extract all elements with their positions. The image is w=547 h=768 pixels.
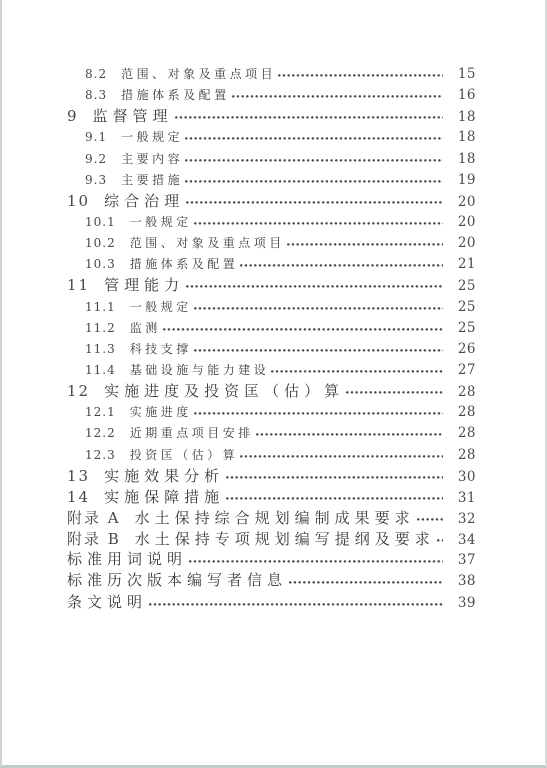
toc-entry-title: 实施保障措施 — [104, 488, 224, 509]
toc-entry-number: 9.1 — [85, 127, 107, 148]
toc-entry-number: 11.2 — [85, 318, 116, 339]
toc-entry-page-number: 27 — [450, 360, 476, 381]
toc-entry-title: 基础设施与能力建设 — [130, 360, 270, 381]
dot-leader — [226, 476, 443, 479]
toc-entry-page-number: 28 — [450, 423, 476, 444]
dot-leader — [186, 201, 443, 204]
toc-entry-number: 10 — [67, 191, 90, 212]
table-of-contents: 8.2 范围、对象及重点项目 15 8.3 措施体系及配置 16 9 监督管理 … — [67, 64, 476, 614]
toc-entry-title: 监督管理 — [93, 107, 173, 128]
toc-entry-number: 附录 B — [67, 529, 121, 550]
toc-entry-number: 10.2 — [85, 233, 116, 254]
dot-leader — [226, 497, 443, 500]
toc-entry-page-number: 30 — [450, 467, 476, 488]
toc-entry: 9.2 主要内容 18 — [67, 149, 476, 170]
dot-leader — [240, 264, 443, 267]
toc-entry-page-number: 20 — [450, 212, 476, 233]
toc-entry-number: 11.3 — [85, 339, 116, 360]
toc-entry-page-number: 18 — [450, 127, 476, 148]
toc-entry-page-number: 38 — [450, 571, 476, 592]
toc-entry-title: 近期重点项目安排 — [130, 423, 254, 444]
toc-entry-number: 12.2 — [85, 423, 116, 444]
toc-entry-number: 10.1 — [85, 212, 116, 233]
dot-leader — [271, 370, 443, 373]
toc-entry: 10 综合治理 20 — [67, 191, 476, 212]
toc-entry-page-number: 19 — [450, 170, 476, 191]
toc-entry-title: 条文说明 — [67, 593, 147, 614]
toc-entry-number: 9.3 — [85, 170, 107, 191]
toc-entry-title: 措施体系及配置 — [121, 85, 230, 106]
toc-entry-page-number: 34 — [450, 530, 476, 551]
toc-entry: 11.1 一般规定 25 — [67, 297, 476, 318]
toc-entry: 8.3 措施体系及配置 16 — [67, 85, 476, 106]
dot-leader — [194, 349, 443, 352]
toc-entry-page-number: 25 — [450, 297, 476, 318]
toc-entry: 标准用词说明 37 — [67, 550, 476, 571]
toc-entry-title: 范围、对象及重点项目 — [130, 233, 285, 254]
toc-entry-number: 12.1 — [85, 402, 116, 423]
toc-entry-title: 标准用词说明 — [67, 550, 187, 571]
toc-entry-number: 13 — [67, 466, 90, 487]
dot-leader — [240, 455, 443, 458]
toc-entry-page-number: 39 — [450, 593, 476, 614]
dot-leader — [417, 518, 443, 521]
toc-entry-page-number: 31 — [450, 488, 476, 509]
dot-leader — [185, 180, 443, 183]
dot-leader — [287, 243, 443, 246]
toc-entry-page-number: 25 — [450, 318, 476, 339]
toc-entry: 12.1 实施进度 28 — [67, 402, 476, 423]
toc-entry-title: 水土保持专项规划编写提纲及要求 — [135, 530, 435, 551]
toc-entry: 13 实施效果分析 30 — [67, 466, 476, 487]
toc-entry-title: 实施进度及投资匡（估）算 — [104, 382, 344, 403]
toc-entry: 12 实施进度及投资匡（估）算 28 — [67, 381, 476, 402]
toc-entry: 9.1 一般规定 18 — [67, 127, 476, 148]
toc-entry-number: 附录 A — [67, 508, 121, 529]
toc-entry: 附录 A 水土保持综合规划编制成果要求 32 — [67, 508, 476, 529]
toc-entry: 10.2 范围、对象及重点项目 20 — [67, 233, 476, 254]
toc-entry-number: 12 — [67, 381, 90, 402]
toc-entry-title: 实施进度 — [130, 402, 192, 423]
dot-leader — [256, 433, 443, 436]
toc-entry: 标准历次版本编写者信息 38 — [67, 571, 476, 592]
dot-leader — [437, 539, 443, 542]
toc-entry: 附录 B 水土保持专项规划编写提纲及要求 34 — [67, 529, 476, 550]
toc-entry-number: 8.2 — [85, 64, 107, 85]
toc-entry-page-number: 16 — [450, 85, 476, 106]
toc-entry-page-number: 20 — [450, 192, 476, 213]
toc-entry-title: 范围、对象及重点项目 — [121, 64, 276, 85]
toc-entry-title: 监测 — [130, 318, 161, 339]
toc-entry-number: 9 — [67, 106, 79, 127]
toc-entry: 11.3 科技支撑 26 — [67, 339, 476, 360]
toc-entry-page-number: 25 — [450, 276, 476, 297]
toc-entry-title: 水土保持综合规划编制成果要求 — [135, 509, 415, 530]
toc-entry-number: 11 — [67, 275, 90, 296]
toc-entry-page-number: 37 — [450, 550, 476, 571]
toc-entry-title: 一般规定 — [121, 127, 183, 148]
dot-leader — [186, 285, 443, 288]
toc-entry-number: 11.1 — [85, 297, 116, 318]
dot-leader — [163, 328, 443, 331]
toc-entry-title: 主要内容 — [121, 149, 183, 170]
toc-entry: 14 实施保障措施 31 — [67, 487, 476, 508]
toc-entry-number: 10.3 — [85, 254, 116, 275]
toc-entry-page-number: 26 — [450, 339, 476, 360]
toc-entry-title: 标准历次版本编写者信息 — [67, 571, 287, 592]
toc-entry-number: 12.3 — [85, 445, 116, 466]
toc-entry-title: 措施体系及配置 — [130, 254, 239, 275]
dot-leader — [189, 560, 443, 563]
toc-entry: 条文说明 39 — [67, 593, 476, 614]
dot-leader — [289, 581, 443, 584]
dot-leader — [278, 74, 443, 77]
toc-entry-page-number: 15 — [450, 64, 476, 85]
toc-entry-title: 一般规定 — [130, 297, 192, 318]
dot-leader — [194, 307, 443, 310]
toc-entry-number: 14 — [67, 487, 90, 508]
document-page: 8.2 范围、对象及重点项目 15 8.3 措施体系及配置 16 9 监督管理 … — [0, 0, 547, 768]
toc-entry-number: 9.2 — [85, 149, 107, 170]
toc-entry-page-number: 28 — [450, 402, 476, 423]
toc-entry-page-number: 28 — [450, 445, 476, 466]
toc-entry-title: 综合治理 — [104, 192, 184, 213]
toc-entry-page-number: 18 — [450, 149, 476, 170]
toc-entry-title: 实施效果分析 — [104, 467, 224, 488]
toc-entry: 12.2 近期重点项目安排 28 — [67, 423, 476, 444]
toc-entry: 11 管理能力 25 — [67, 275, 476, 296]
toc-entry: 9 监督管理 18 — [67, 106, 476, 127]
toc-entry-page-number: 32 — [450, 509, 476, 530]
toc-entry: 8.2 范围、对象及重点项目 15 — [67, 64, 476, 85]
toc-entry-title: 科技支撑 — [130, 339, 192, 360]
toc-entry-page-number: 28 — [450, 382, 476, 403]
dot-leader — [194, 222, 443, 225]
toc-entry-number: 8.3 — [85, 85, 107, 106]
dot-leader — [175, 116, 443, 119]
dot-leader — [185, 159, 443, 162]
toc-entry-page-number: 18 — [450, 107, 476, 128]
toc-entry-page-number: 20 — [450, 233, 476, 254]
toc-entry-number: 11.4 — [85, 360, 116, 381]
toc-entry-title: 主要措施 — [121, 170, 183, 191]
dot-leader — [346, 391, 443, 394]
dot-leader — [232, 95, 443, 98]
toc-entry: 11.2 监测 25 — [67, 318, 476, 339]
toc-entry: 11.4 基础设施与能力建设 27 — [67, 360, 476, 381]
toc-entry: 9.3 主要措施 19 — [67, 170, 476, 191]
toc-entry: 12.3 投资匡（估）算 28 — [67, 445, 476, 466]
toc-entry: 10.3 措施体系及配置 21 — [67, 254, 476, 275]
toc-entry: 10.1 一般规定 20 — [67, 212, 476, 233]
dot-leader — [149, 603, 443, 606]
toc-entry-title: 一般规定 — [130, 212, 192, 233]
dot-leader — [185, 137, 443, 140]
toc-entry-title: 管理能力 — [104, 276, 184, 297]
toc-entry-page-number: 21 — [450, 254, 476, 275]
toc-entry-title: 投资匡（估）算 — [130, 445, 239, 466]
dot-leader — [194, 412, 443, 415]
